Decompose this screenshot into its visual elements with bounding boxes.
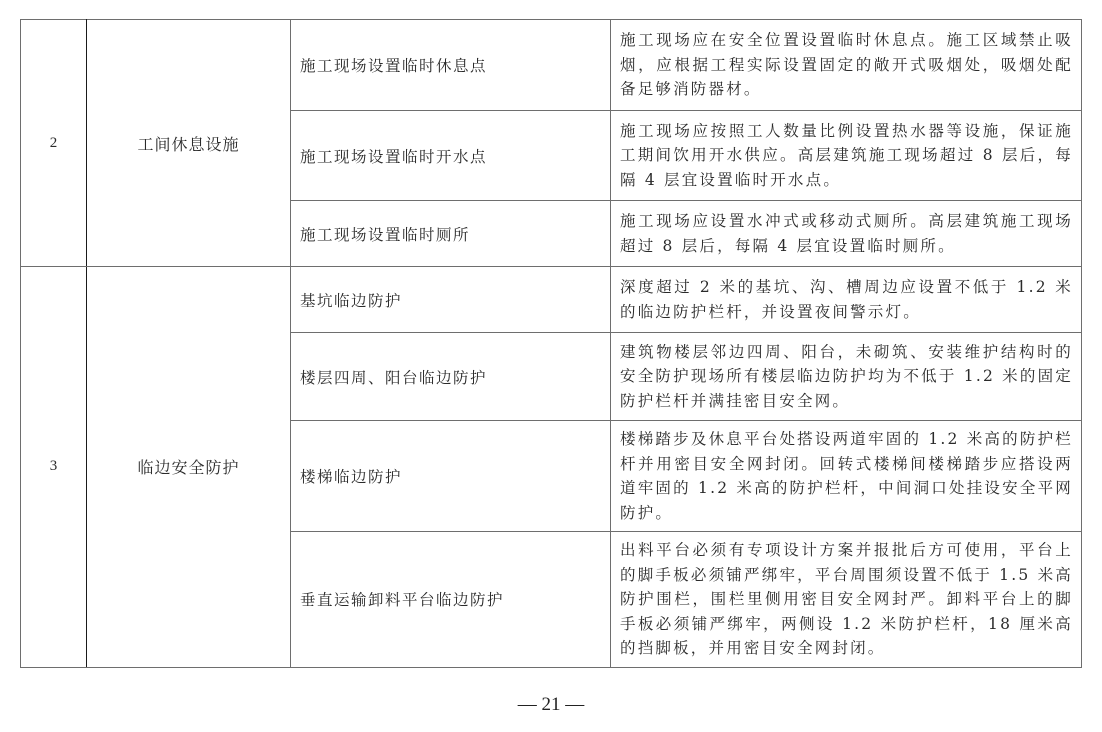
description-cell: 楼梯踏步及休息平台处搭设两道牢固的 1.2 米高的防护栏杆并用密目安全网封闭。回… — [611, 421, 1082, 532]
item-cell: 施工现场设置临时厕所 — [291, 201, 611, 267]
item-cell: 垂直运输卸料平台临边防护 — [291, 532, 611, 668]
row-number: 2 — [21, 20, 87, 267]
description-cell: 深度超过 2 米的基坑、沟、槽周边应设置不低于 1.2 米的临边防护栏杆，并设置… — [611, 267, 1082, 333]
item-cell: 楼层四周、阳台临边防护 — [291, 333, 611, 421]
item-cell: 基坑临边防护 — [291, 267, 611, 333]
standards-table: 2 工间休息设施 施工现场设置临时休息点 施工现场应在安全位置设置临时休息点。施… — [20, 19, 1082, 668]
table-row: 2 工间休息设施 施工现场设置临时休息点 施工现场应在安全位置设置临时休息点。施… — [21, 20, 1082, 111]
item-cell: 施工现场设置临时开水点 — [291, 111, 611, 201]
category-cell: 工间休息设施 — [87, 20, 291, 267]
description-cell: 建筑物楼层邻边四周、阳台，未砌筑、安装维护结构时的安全防护现场所有楼层临边防护均… — [611, 333, 1082, 421]
description-cell: 施工现场应按照工人数量比例设置热水器等设施，保证施工期间饮用开水供应。高层建筑施… — [611, 111, 1082, 201]
description-cell: 施工现场应设置水冲式或移动式厕所。高层建筑施工现场超过 8 层后，每隔 4 层宜… — [611, 201, 1082, 267]
category-cell: 临边安全防护 — [87, 267, 291, 668]
page-number: — 21 — — [0, 694, 1102, 716]
row-number: 3 — [21, 267, 87, 668]
item-cell: 楼梯临边防护 — [291, 421, 611, 532]
table-row: 3 临边安全防护 基坑临边防护 深度超过 2 米的基坑、沟、槽周边应设置不低于 … — [21, 267, 1082, 333]
item-cell: 施工现场设置临时休息点 — [291, 20, 611, 111]
description-cell: 施工现场应在安全位置设置临时休息点。施工区域禁止吸烟，应根据工程实际设置固定的敞… — [611, 20, 1082, 111]
description-cell: 出料平台必须有专项设计方案并报批后方可使用，平台上的脚手板必须铺严绑牢，平台周围… — [611, 532, 1082, 668]
